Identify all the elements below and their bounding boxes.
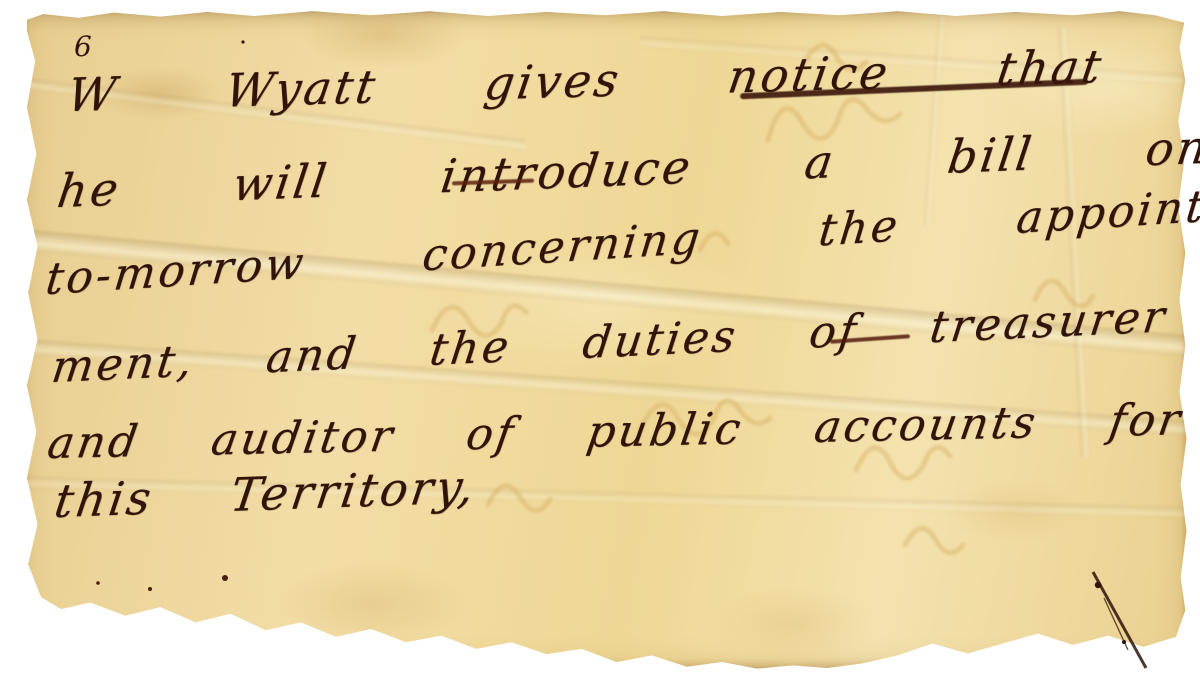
document-photo: 6 W Wyatt gives notice that he will intr… (0, 0, 1200, 679)
handwritten-line-6: this Territory, (52, 463, 480, 524)
marginal-numeral: 6 (74, 30, 92, 63)
